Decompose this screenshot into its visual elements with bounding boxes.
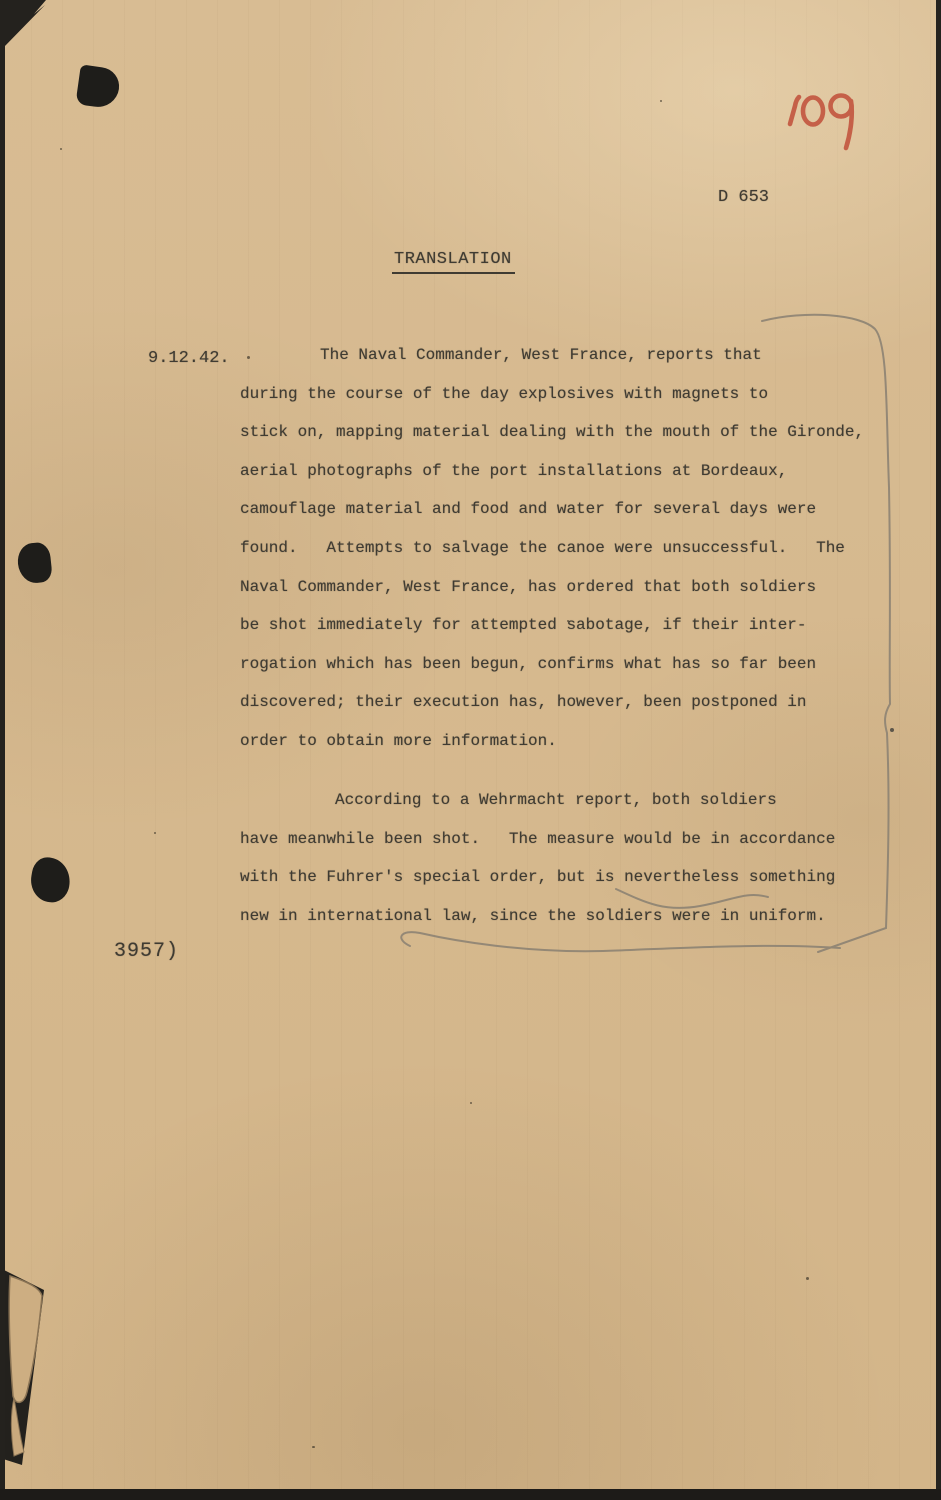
speck [567,620,569,622]
paragraph-1: The Naval Commander, West France, report… [240,346,900,771]
body-line: discovered; their execution has, however… [240,693,900,732]
scanned-document-page: { "page": { "handwritten_number": "109",… [0,0,941,1500]
speck [470,1102,472,1104]
body-line: new in international law, since the sold… [240,907,900,946]
body-line: According to a Wehrmacht report, both so… [240,791,900,830]
body-line: found. Attempts to salvage the canoe wer… [240,539,900,578]
paragraph-2: According to a Wehrmacht report, both so… [240,791,900,945]
speck [60,148,62,150]
document-reference: D 653 [718,188,769,207]
body-line: with the Fuhrer's special order, but is … [240,868,900,907]
paper-hole-top-left [75,64,121,109]
speck [312,1446,315,1448]
body-line: camouflage material and food and water f… [240,500,900,539]
scan-edge-bottom [0,1489,941,1500]
body-line: have meanwhile been shot. The measure wo… [240,830,900,869]
body-line: The Naval Commander, West France, report… [240,346,900,385]
speck [806,1277,809,1280]
speck [660,100,662,102]
body-line: order to obtain more information. [240,732,900,771]
paper-hole-left-lower [27,855,73,905]
speck [154,832,156,834]
scan-edge-left [0,0,5,1500]
footer-reference: 3957) [114,940,179,963]
body-line: during the course of the day explosives … [240,385,900,424]
paper-hole-left-middle [16,541,53,584]
speck [247,356,250,359]
body-line: stick on, mapping material dealing with … [240,423,900,462]
margin-date: 9.12.42. [148,349,230,368]
body-line: Naval Commander, West France, has ordere… [240,578,900,617]
body-line: rogation which has been begun, confirms … [240,655,900,694]
body-line: aerial photographs of the port installat… [240,462,900,501]
paper-sheet: D 653 TRANSLATION 9.12.42. The Naval Com… [0,0,941,1491]
scan-edge-right [936,0,941,1500]
page-title: TRANSLATION [392,250,515,274]
cut-corner-top-left [0,0,52,56]
body-line: be shot immediately for attempted sabota… [240,616,900,655]
